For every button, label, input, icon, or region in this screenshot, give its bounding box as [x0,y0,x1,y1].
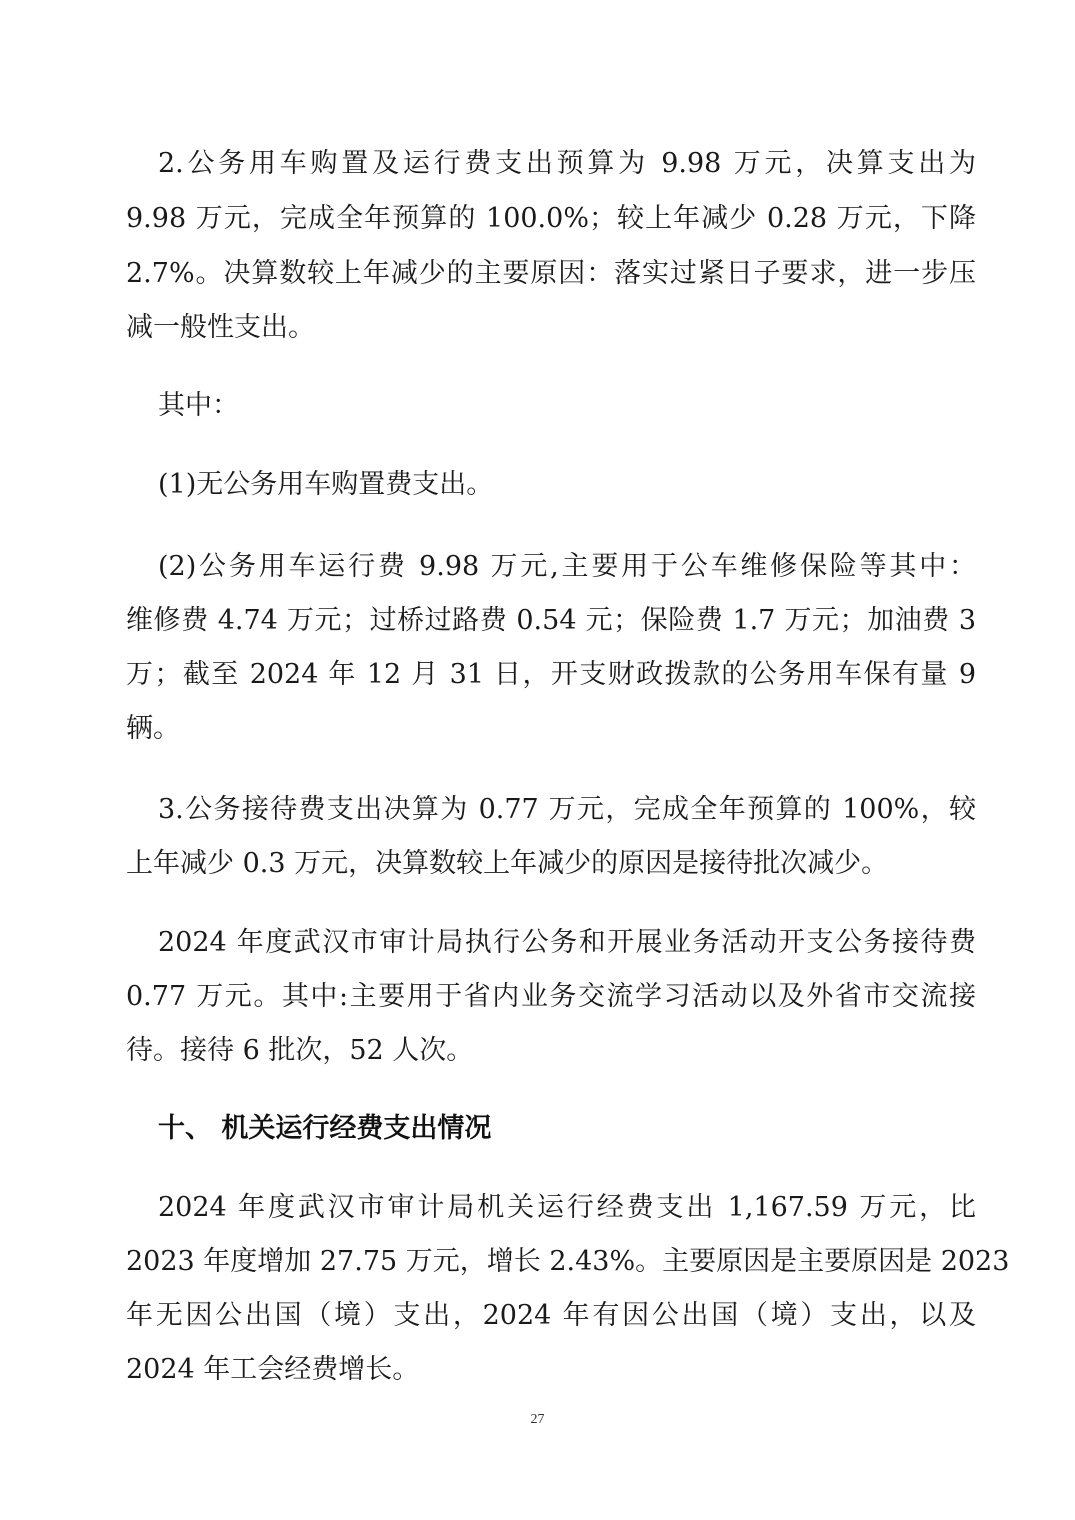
paragraph-line: 万；截至 2024 年 12 月 31 日，开支财政拨款的公务用车保有量 9 [126,657,976,693]
paragraph-line: 2023 年度增加 27.75 万元，增长 2.43%。主要原因是主要原因是 2… [126,1244,976,1280]
paragraph-line: 2.7%。决算数较上年减少的主要原因：落实过紧日子要求，进一步压 [126,256,976,292]
page-number: 27 [0,1412,1075,1428]
paragraph-line: 9.98 万元，完成全年预算的 100.0%；较上年减少 0.28 万元，下降 [126,201,976,237]
paragraph-line: 0.77 万元。其中:主要用于省内业务交流学习活动以及外省市交流接 [126,979,976,1015]
paragraph-line: 待。接待 6 批次，52 人次。 [126,1033,976,1069]
paragraph-line: 2.公务用车购置及运行费支出预算为 9.98 万元，决算支出为 [158,146,976,182]
document-page: 2.公务用车购置及运行费支出预算为 9.98 万元，决算支出为 9.98 万元，… [0,0,1075,1520]
section-heading: 十、 机关运行经费支出情况 [158,1111,491,1147]
paragraph-line: 其中： [158,388,976,424]
paragraph-line: 2024 年度武汉市审计局机关运行经费支出 1,167.59 万元，比 [158,1190,976,1226]
paragraph-line: 维修费 4.74 万元；过桥过路费 0.54 元；保险费 1.7 万元；加油费 … [126,603,976,639]
paragraph-line: 2024 年度武汉市审计局执行公务和开展业务活动开支公务接待费 [158,925,976,961]
paragraph-line: 2024 年工会经费增长。 [126,1352,976,1388]
paragraph-line: 上年减少 0.3 万元，决算数较上年减少的原因是接待批次减少。 [126,846,976,882]
paragraph-line: (2)公务用车运行费 9.98 万元,主要用于公车维修保险等其中： [158,549,976,585]
paragraph-line: 辆。 [126,711,976,747]
paragraph-line: (1)无公务用车购置费支出。 [158,467,976,503]
paragraph-line: 减一般性支出。 [126,310,976,346]
paragraph-line: 3.公务接待费支出决算为 0.77 万元，完成全年预算的 100%，较 [158,792,976,828]
paragraph-line: 年无因公出国（境）支出，2024 年有因公出国（境）支出，以及 [126,1298,976,1334]
